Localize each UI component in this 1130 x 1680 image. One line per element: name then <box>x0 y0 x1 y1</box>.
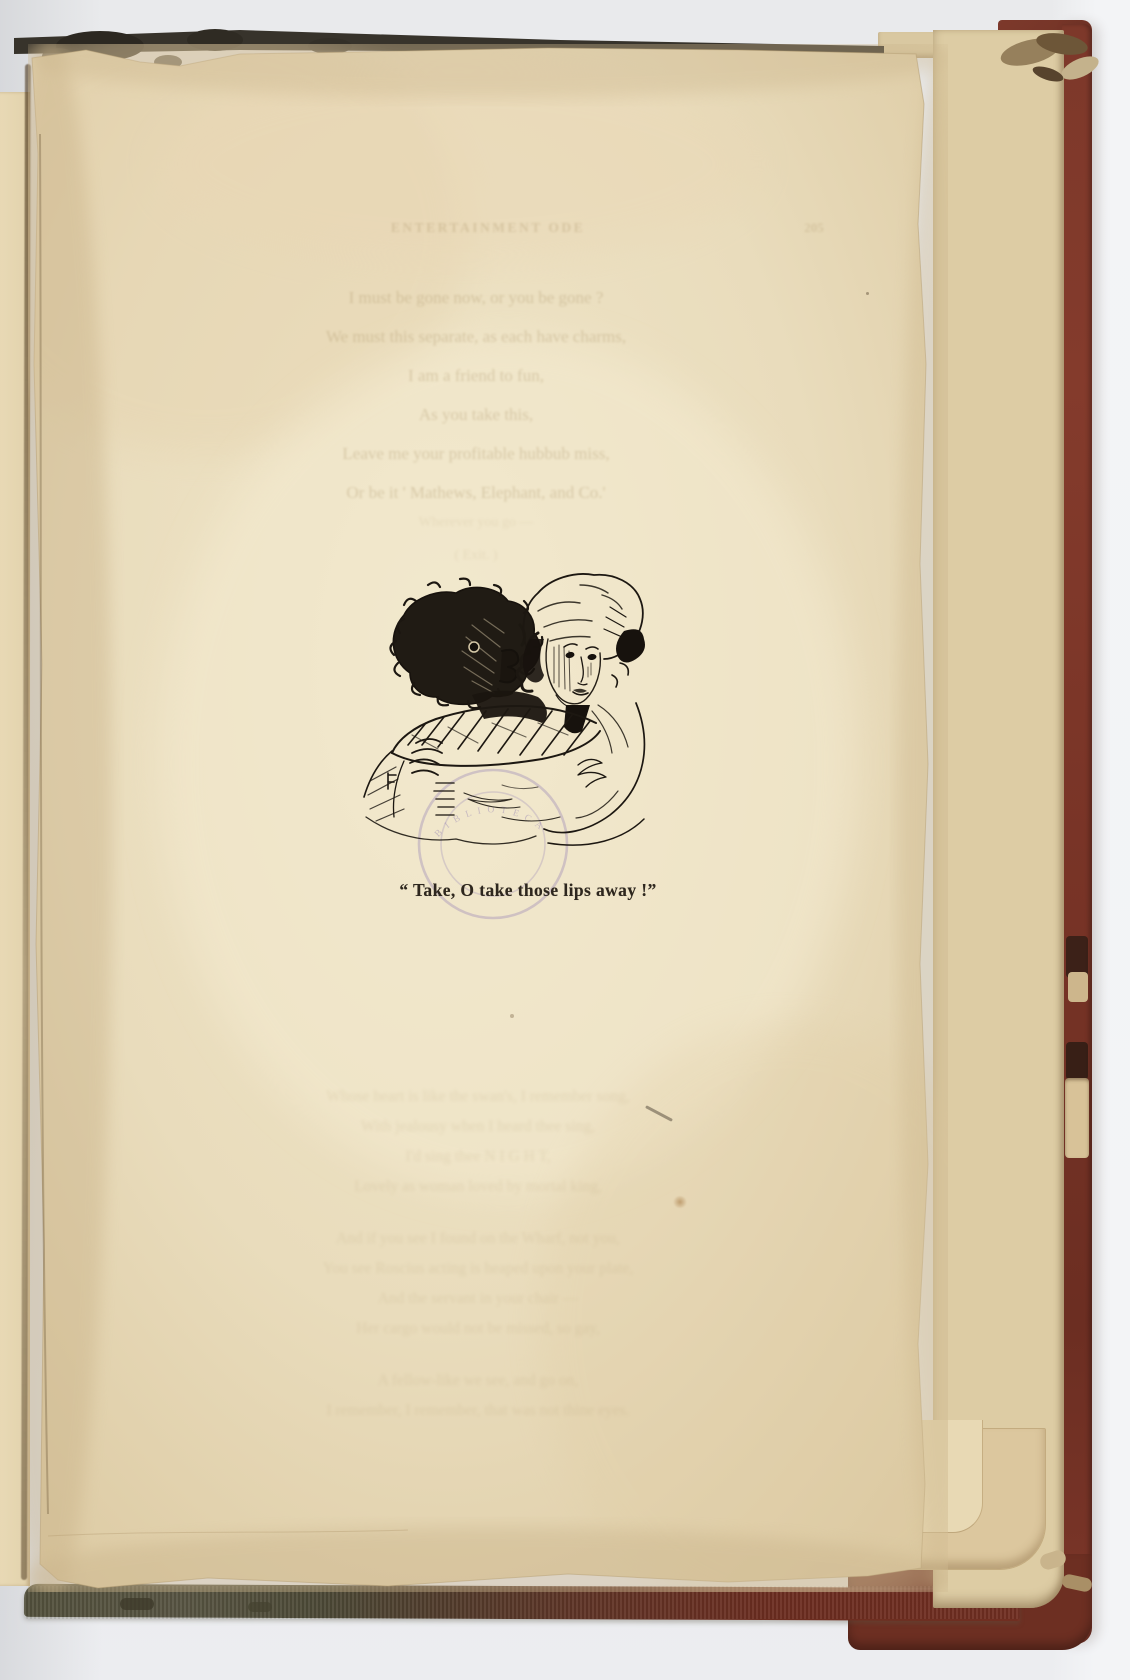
showthrough-line: Wherever you go — <box>156 506 796 539</box>
showthrough-running-header: ENTERTAINMENT ODE <box>168 220 808 236</box>
showthrough-poem: I must be gone now, or you be gone ? We … <box>156 278 796 512</box>
showthrough-line: Lovely as woman loved by mortal king, <box>148 1172 808 1202</box>
cover-chip <box>1065 1078 1089 1158</box>
showthrough-line: I'd sing thee N I G H T, <box>148 1142 808 1172</box>
cover-worn-notch <box>1066 1042 1088 1080</box>
showthrough-line: Leave me your profitable hubbub miss, <box>156 434 796 473</box>
foxing-spot <box>673 1196 687 1208</box>
cover-right-edge <box>1062 24 1092 1644</box>
cover-chip <box>1068 972 1088 1002</box>
showthrough-line: As you take this, <box>156 395 796 434</box>
showthrough-line: I remember, I remember, that was not thi… <box>148 1396 808 1426</box>
book-scan-photo: ENTERTAINMENT ODE 205 I must be gone now… <box>0 0 1130 1680</box>
showthrough-line: And the servant in your chair — <box>148 1284 808 1314</box>
showthrough-lower-block: Whose heart is like the swan's, I rememb… <box>148 1082 808 1426</box>
illustration-caption: “ Take, O take those lips away !” <box>328 880 728 901</box>
page-stack-right-edge <box>933 30 1064 1608</box>
cloth-tuft <box>248 1602 272 1612</box>
showthrough-line: Her cargo would not be missed, so gay, <box>148 1314 808 1344</box>
showthrough-line: I am a friend to fun, <box>156 356 796 395</box>
showthrough-line: A fellow-like we see, and go on, <box>148 1366 808 1396</box>
showthrough-line: We must this separate, as each have char… <box>156 317 796 356</box>
embracing-couple-illustration <box>352 555 652 855</box>
speck <box>510 1014 514 1018</box>
showthrough-line: With jealousy when I heard thee sing, <box>148 1112 808 1142</box>
showthrough-page-number: 205 <box>784 220 844 236</box>
showthrough-line: Whose heart is like the swan's, I rememb… <box>148 1082 808 1112</box>
cloth-tuft <box>120 1598 154 1610</box>
showthrough-line: And if you see I found on the Wharf, not… <box>148 1224 808 1254</box>
showthrough-line: You see Roscius acting is heaped upon yo… <box>148 1254 808 1284</box>
speck <box>866 292 869 295</box>
book-page: ENTERTAINMENT ODE 205 I must be gone now… <box>28 44 948 1592</box>
showthrough-line: I must be gone now, or you be gone ? <box>156 278 796 317</box>
